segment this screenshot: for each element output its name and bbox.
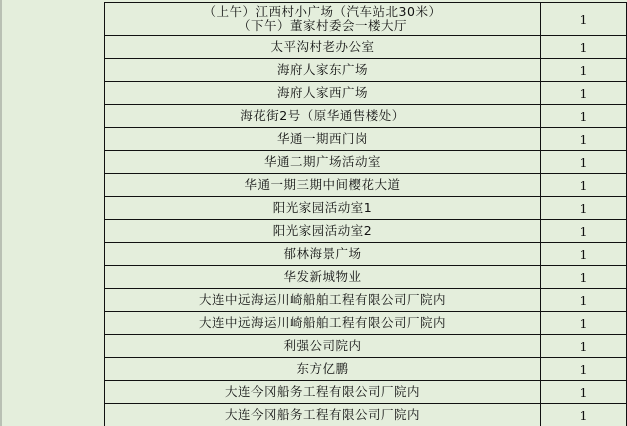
- sampling-sites-table: （上午）江西村小广场（汽车站北30米） （下午）董家村委会一楼大厅 1 太平沟村…: [104, 2, 627, 426]
- place-text: 华通一期三期中间樱花大道: [244, 178, 400, 192]
- table-row: 海花街2号（原华通售楼处） 1: [105, 104, 626, 127]
- place-cell: （上午）江西村小广场（汽车站北30米） （下午）董家村委会一楼大厅: [105, 3, 541, 35]
- count-cell: 1: [541, 404, 626, 426]
- place-text: 华通二期广场活动室: [264, 155, 381, 169]
- place-text: 华通一期西门岗: [277, 132, 368, 146]
- place-line-afternoon: （下午）董家村委会一楼大厅: [238, 19, 407, 33]
- count-cell: 1: [541, 335, 626, 357]
- count-cell: 1: [541, 266, 626, 288]
- place-cell: 阳光家园活动室1: [105, 197, 541, 219]
- count-cell: 1: [541, 381, 626, 403]
- place-cell: 华通一期西门岗: [105, 128, 541, 150]
- count-cell: 1: [541, 59, 626, 81]
- place-text: 华发新城物业: [283, 270, 361, 284]
- place-text: 阳光家园活动室2: [273, 224, 372, 238]
- count-cell: 1: [541, 220, 626, 242]
- place-text: 海府人家西广场: [277, 86, 368, 100]
- table-row: 大连今冈船务工程有限公司厂院内 1: [105, 403, 626, 426]
- place-cell: 海花街2号（原华通售楼处）: [105, 105, 541, 127]
- place-cell: 东方亿鹏: [105, 358, 541, 380]
- table-row: 海府人家东广场 1: [105, 58, 626, 81]
- table-row: 东方亿鹏 1: [105, 357, 626, 380]
- place-cell: 太平沟村老办公室: [105, 36, 541, 58]
- place-text: 利强公司院内: [283, 339, 361, 353]
- count-cell: 1: [541, 36, 626, 58]
- place-cell: 海府人家西广场: [105, 82, 541, 104]
- table-row: 阳光家园活动室1 1: [105, 196, 626, 219]
- place-line-morning: （上午）江西村小广场（汽车站北30米）: [204, 5, 442, 19]
- place-text: 太平沟村老办公室: [270, 40, 374, 54]
- place-text: 大连今冈船务工程有限公司厂院内: [225, 385, 420, 399]
- table-row: 海府人家西广场 1: [105, 81, 626, 104]
- table-row: 郁林海景广场 1: [105, 242, 626, 265]
- place-cell: 阳光家园活动室2: [105, 220, 541, 242]
- count-cell: 1: [541, 197, 626, 219]
- place-text: 大连今冈船务工程有限公司厂院内: [225, 408, 420, 422]
- table-row: 太平沟村老办公室 1: [105, 35, 626, 58]
- place-text: 大连中远海运川崎船舶工程有限公司厂院内: [199, 293, 446, 307]
- count-cell: 1: [541, 151, 626, 173]
- place-cell: 华发新城物业: [105, 266, 541, 288]
- place-cell: 华通一期三期中间樱花大道: [105, 174, 541, 196]
- merged-district-cell: [2, 0, 104, 426]
- table-row: 华发新城物业 1: [105, 265, 626, 288]
- table-row: 华通二期广场活动室 1: [105, 150, 626, 173]
- count-cell: 1: [541, 312, 626, 334]
- count-cell: 1: [541, 82, 626, 104]
- place-cell: 大连今冈船务工程有限公司厂院内: [105, 404, 541, 426]
- place-cell: 大连中远海运川崎船舶工程有限公司厂院内: [105, 312, 541, 334]
- place-text: 海花街2号（原华通售楼处）: [240, 109, 404, 123]
- place-cell: 海府人家东广场: [105, 59, 541, 81]
- place-cell: 郁林海景广场: [105, 243, 541, 265]
- table-row: 利强公司院内 1: [105, 334, 626, 357]
- place-text: 郁林海景广场: [283, 247, 361, 261]
- count-cell: 1: [541, 358, 626, 380]
- count-cell: 1: [541, 243, 626, 265]
- place-cell: 华通二期广场活动室: [105, 151, 541, 173]
- place-text: 大连中远海运川崎船舶工程有限公司厂院内: [199, 316, 446, 330]
- table-row: 大连今冈船务工程有限公司厂院内 1: [105, 380, 626, 403]
- place-cell: 大连今冈船务工程有限公司厂院内: [105, 381, 541, 403]
- table-row: 大连中远海运川崎船舶工程有限公司厂院内 1: [105, 311, 626, 334]
- place-text: 阳光家园活动室1: [273, 201, 372, 215]
- table-row: 华通一期西门岗 1: [105, 127, 626, 150]
- place-text: 海府人家东广场: [277, 63, 368, 77]
- place-cell: 大连中远海运川崎船舶工程有限公司厂院内: [105, 289, 541, 311]
- count-cell: 1: [541, 128, 626, 150]
- table-row: （上午）江西村小广场（汽车站北30米） （下午）董家村委会一楼大厅 1: [105, 2, 626, 35]
- count-cell: 1: [541, 174, 626, 196]
- table-row: 华通一期三期中间樱花大道 1: [105, 173, 626, 196]
- place-cell: 利强公司院内: [105, 335, 541, 357]
- count-cell: 1: [541, 289, 626, 311]
- table-row: 大连中远海运川崎船舶工程有限公司厂院内 1: [105, 288, 626, 311]
- count-cell: 1: [541, 105, 626, 127]
- place-text: 东方亿鹏: [296, 362, 348, 376]
- count-cell: 1: [541, 3, 626, 35]
- table-row: 阳光家园活动室2 1: [105, 219, 626, 242]
